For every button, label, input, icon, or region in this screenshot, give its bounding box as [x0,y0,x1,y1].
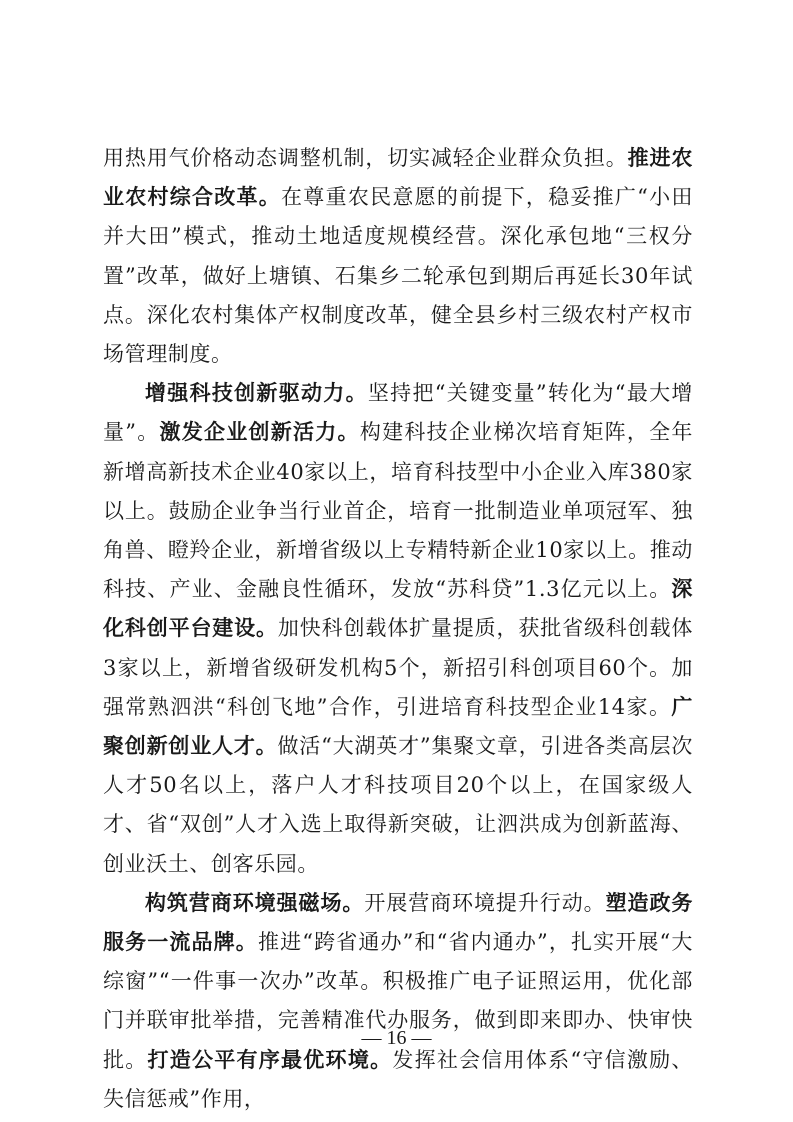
section-heading: 构筑营商环境强磁场。 [145,891,364,915]
body-text: 开展营商环境提升行动。 [364,891,605,915]
body-text: 在尊重农民意愿的前提下，稳妥推广“小田并大田”模式，推动土地适度规模经营。深化承… [103,185,693,366]
body-text: 构建科技企业梯次培育矩阵，全年新增高新技术企业40家以上，培育科技型中小企业入库… [103,420,693,601]
paragraph-business-environment: 构筑营商环境强磁场。开展营商环境提升行动。塑造政务服务一流品牌。推进“跨省通办”… [103,884,693,1119]
paragraph-agriculture-reform: 用热用气价格动态调整机制，切实减轻企业群众负担。推进农业农村综合改革。在尊重农民… [103,139,693,374]
bold-heading: 打造公平有序最优环境。 [148,1048,393,1072]
body-text: 用热用气价格动态调整机制，切实减轻企业群众负担。 [103,146,628,170]
section-heading: 增强科技创新驱动力。 [145,381,368,405]
document-body: 用热用气价格动态调整机制，切实减轻企业群众负担。推进农业农村综合改革。在尊重农民… [103,139,693,1119]
bold-heading: 激发企业创新活力。 [160,420,360,444]
paragraph-tech-innovation: 增强科技创新驱动力。坚持把“关键变量”转化为“最大增量”。激发企业创新活力。构建… [103,374,693,884]
page-number: — 16 — [0,1027,793,1050]
